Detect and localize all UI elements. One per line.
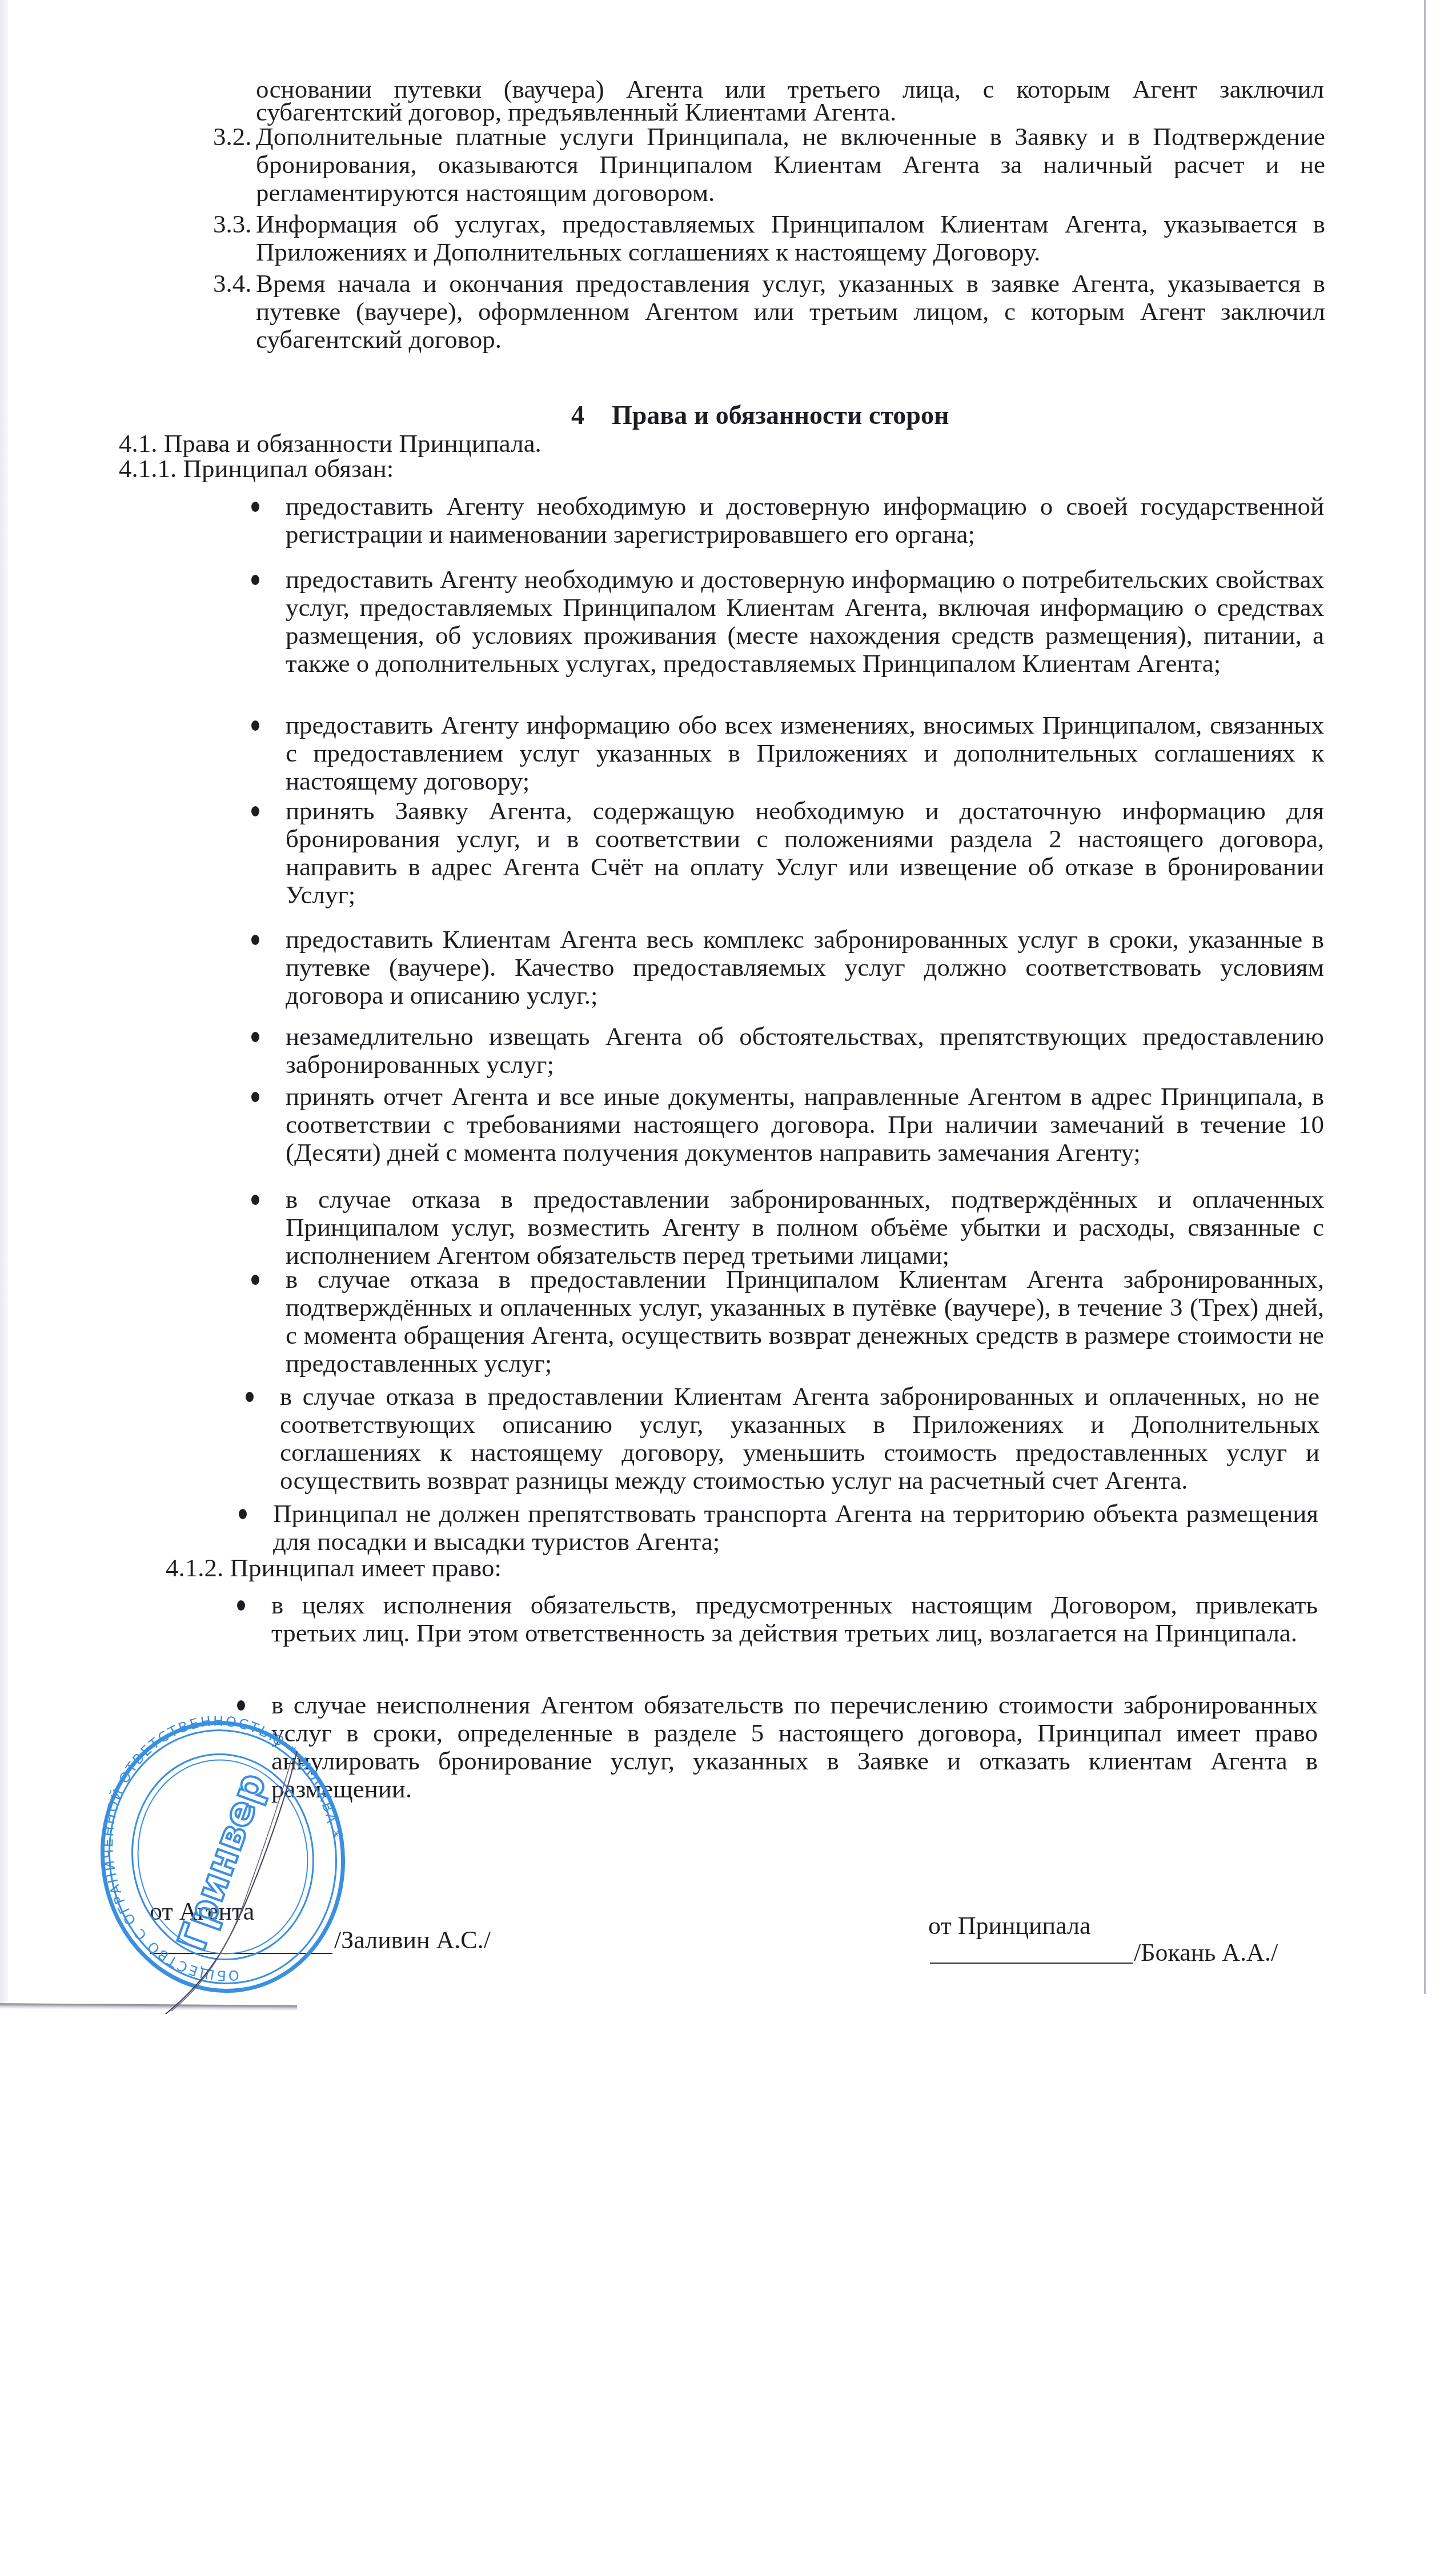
scan-page-edge-right — [1424, 0, 1426, 1994]
bullet-icon — [237, 1600, 245, 1611]
clause-text: Дополнительные платные услуги Принципала… — [256, 122, 1325, 207]
obligation-item: предоставить Клиентам Агента весь компле… — [286, 926, 1324, 1010]
bullet-icon — [251, 720, 259, 731]
bullet-icon — [251, 1092, 259, 1102]
clause-3-3: 3.3. Информация об услугах, предоставляе… — [256, 210, 1325, 266]
bullet-icon — [251, 935, 259, 945]
principal-signature-name: /Бокань А.А./ — [1134, 1938, 1278, 1967]
signature-stroke-icon — [154, 1748, 314, 2017]
bullet-icon — [251, 1032, 259, 1042]
principal-signature-line — [930, 1963, 1133, 1964]
obligation-item: принять отчет Агента и все иные документ… — [286, 1083, 1324, 1167]
section-title: Права и обязанности сторон — [612, 401, 949, 430]
obligation-item: предоставить Агенту необходимую и достов… — [286, 566, 1324, 678]
obligation-item: незамедлительно извещать Агента об обсто… — [286, 1023, 1324, 1079]
clause-number: 3.4. — [213, 270, 252, 298]
bullet-icon — [239, 1509, 247, 1519]
bullet-icon — [251, 1195, 259, 1205]
obligation-item: предоставить Агенту необходимую и достов… — [286, 492, 1324, 548]
clause-3-2: 3.2. Дополнительные платные услуги Принц… — [256, 123, 1325, 207]
clause-text: Информация об услугах, предоставляемых П… — [256, 210, 1325, 266]
clause-number: 3.2. — [213, 123, 252, 151]
bullet-icon — [246, 1392, 254, 1402]
obligation-item: в случае отказа в предоставлении Клиента… — [280, 1383, 1319, 1495]
obligation-item: в случае отказа в предоставлении заброни… — [286, 1186, 1324, 1270]
clause-text: Время начала и окончания предоставления … — [256, 269, 1325, 354]
bullet-icon — [251, 502, 259, 512]
obligation-item: Принципал не должен препятствовать транс… — [273, 1500, 1318, 1556]
clause-number: 3.3. — [213, 210, 252, 238]
bullet-icon — [251, 806, 259, 816]
agent-signature-name: /Заливин А.С./ — [334, 1925, 491, 1955]
subsection-4-1-1: 4.1.1. Принципал обязан: — [119, 455, 394, 483]
subsection-4-1-2: 4.1.2. Принципал имеет право: — [166, 1554, 502, 1582]
obligation-item: принять Заявку Агента, содержащую необхо… — [286, 797, 1324, 909]
section-4-heading: 4Права и обязанности сторон — [571, 400, 949, 430]
right-item: в целях исполнения обязательств, предусм… — [271, 1591, 1318, 1647]
bullet-icon — [251, 1275, 259, 1285]
obligation-item: в случае отказа в предоставлении Принцип… — [286, 1266, 1324, 1377]
subsection-4-1: 4.1. Права и обязанности Принципала. — [119, 430, 542, 458]
right-item: в случае неисполнения Агентом обязательс… — [271, 1691, 1318, 1803]
scan-page-edge-left — [0, 0, 8, 2008]
clause-3-4: 3.4. Время начала и окончания предоставл… — [256, 270, 1325, 354]
bullet-icon — [237, 1700, 245, 1711]
section-number: 4 — [571, 401, 584, 430]
obligation-item: предоставить Агенту информацию обо всех … — [286, 711, 1324, 795]
bullet-icon — [251, 575, 259, 585]
principal-signature-label: от Принципала — [928, 1911, 1091, 1940]
